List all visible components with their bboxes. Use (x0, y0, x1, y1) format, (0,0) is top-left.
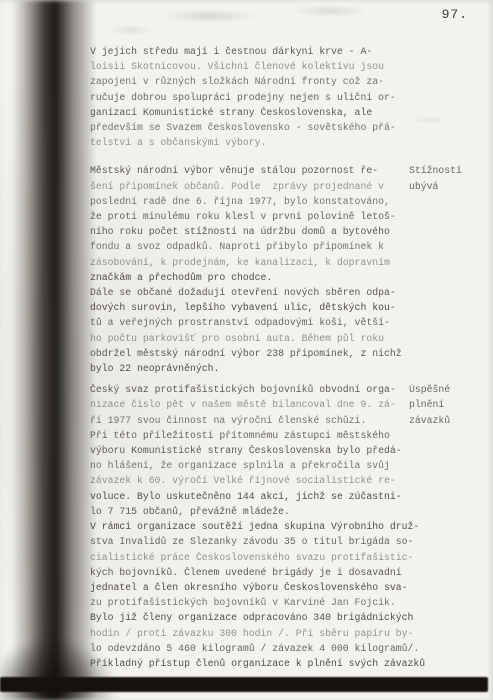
margin-note-line: Stížností (409, 163, 490, 178)
text-line: stva Invalidů ze Slezanky závodu 35 o ti… (90, 534, 408, 549)
text-line: kých bojovníků. Členem uvedené brigády j… (90, 565, 408, 580)
scanned-document-page: 97. V jejich středu mají i čestnou dárky… (0, 0, 493, 700)
text-line: tů a veřejných prostranství odpadovými k… (90, 315, 408, 330)
margin-note: Stížnostíubývá (408, 163, 490, 193)
book-binding-shadow (12, 0, 96, 700)
paragraph-lines: Městský národní výbor věnuje stálou pozo… (90, 163, 408, 376)
text-line: lo odevzdáno 5 460 kilogramů / závazek 4… (90, 641, 408, 656)
text-line: především se Svazem československo - sov… (90, 120, 408, 135)
text-line: zásobování, k prodejnám, ke kanalizaci, … (90, 255, 408, 270)
text-line: voluce. Bylo uskutečněno 144 akcí, jichž… (90, 489, 408, 504)
text-line: loisii Skotnicovou. Všichni členové kole… (90, 59, 408, 74)
text-line: zu protifašistických bojovníků v Karviné… (90, 595, 408, 610)
text-line: nizace číslo pět v našem městě bilancova… (90, 397, 408, 412)
text-line: ručuje dobrou spolupráci prodejny nejen … (90, 90, 408, 105)
text-line: šení připomínek občanů. Podle zprávy pro… (90, 179, 408, 194)
paragraph: V jejich středu mají i čestnou dárkyni k… (90, 44, 490, 150)
text-line: no hlášení, že organizace splnila a přek… (90, 458, 408, 473)
text-line: V jejich středu mají i čestnou dárkyni k… (90, 44, 408, 59)
text-line: obdržel městský národní výbor 238 připom… (90, 346, 408, 361)
margin-note: Úspěšnéplněnízávazků (408, 382, 490, 428)
scan-artifact-band (0, 677, 488, 692)
text-line: ního roku počet stížností na údržbu domů… (90, 224, 408, 239)
margin-note-line: plnění (409, 397, 490, 412)
text-line: hodin / proti závazku 300 hodin /. Při s… (90, 626, 408, 641)
text-line: dových surovin, lepšího vybavení ulic, d… (90, 300, 408, 315)
paragraph-lines: V jejich středu mají i čestnou dárkyni k… (90, 44, 408, 150)
text-line: zapojeni v různých složkách Národní fron… (90, 74, 408, 89)
text-line: bylo 22 neoprávněných. (90, 361, 408, 376)
text-line: ganizací Komunistické strany Českosloven… (90, 105, 408, 120)
paragraph: Městský národní výbor věnuje stálou pozo… (90, 163, 490, 376)
text-line: Příkladný přístup členů organizace k pln… (90, 656, 408, 671)
margin-note-line: závazků (409, 413, 490, 428)
text-line: ho počtu parkovišť pro osobní auta. Běhe… (90, 331, 408, 346)
page-number: 97. (442, 7, 468, 22)
text-line: lo 7 715 občanů, převážně mládeže. (90, 504, 408, 519)
paragraph-lines: Český svaz protifašistických bojovníků o… (90, 382, 408, 671)
text-line: poslední radě dne 6. října 1977, bylo ko… (90, 194, 408, 209)
text-line: Český svaz protifašistických bojovníků o… (90, 382, 408, 397)
text-line: značkám a přechodům pro chodce. (90, 270, 408, 285)
text-line: Při této příležitosti přítomnému zástupc… (90, 428, 408, 443)
text-line: telství a s občanskými výbory. (90, 135, 408, 150)
text-line: že proti minulému roku klesl v první pol… (90, 209, 408, 224)
text-line: Městský národní výbor věnuje stálou pozo… (90, 163, 408, 178)
text-line: jednatel a člen okresního výboru Českosl… (90, 580, 408, 595)
text-line: Dále se občané dožadují otevření nových … (90, 285, 408, 300)
margin-note-line: ubývá (409, 179, 490, 194)
text-line: V rámci organizace soutěží jedna skupina… (90, 519, 408, 534)
text-line: cialistické práce Československého svazu… (90, 550, 408, 565)
text-line: výboru Komunistické strany Československ… (90, 443, 408, 458)
paragraph: Český svaz protifašistických bojovníků o… (90, 382, 490, 671)
text-line: Bylo již členy organizace odpracováno 34… (90, 610, 408, 625)
text-line: fondu a svoz odpadků. Naproti přibylo př… (90, 239, 408, 254)
body-text: V jejich středu mají i čestnou dárkyni k… (90, 44, 490, 671)
text-line: ří 1977 svou činnost na výroční členské … (90, 413, 408, 428)
margin-note-line: Úspěšné (409, 382, 490, 397)
text-line: závazek k 60. výročí Velké říjnové socia… (90, 473, 408, 488)
